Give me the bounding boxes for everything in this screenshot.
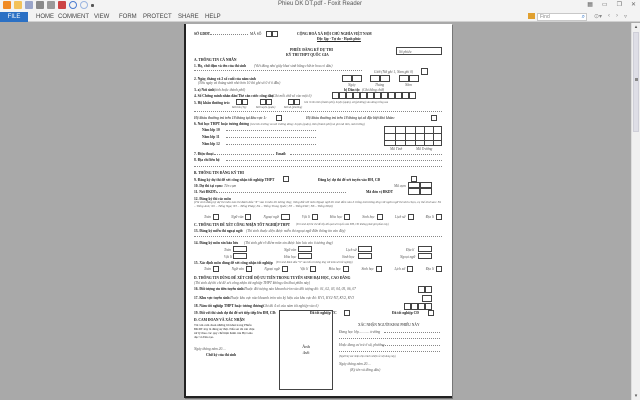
field-16-label: 16. Đối tượng ưu tiên tuyển sinh:	[194, 287, 245, 291]
subject-foreign-language: Ngoại ngữ	[264, 214, 290, 220]
ma-so-label: MÃ SỐ	[250, 32, 261, 36]
id-box[interactable]	[409, 92, 416, 99]
title-bar: Phieu DK DT.pdf - Foxit Reader ▦ ▭ ❐ ✕	[0, 0, 640, 12]
unit-code-box-2[interactable]	[420, 188, 432, 195]
checkbox[interactable]	[281, 214, 290, 220]
form-title: PHIẾU ĐĂNG KÝ DỰ THI	[290, 48, 333, 52]
grade-10-line[interactable]	[226, 130, 316, 131]
id-box[interactable]	[395, 92, 402, 99]
grad-subject-physics: Vật lí	[300, 266, 316, 272]
field-17-label: 17. Khu vực tuyển sinh:	[194, 296, 231, 300]
minimize-icon[interactable]: ▭	[602, 1, 608, 8]
reserve-geography-label: Địa lí	[406, 248, 414, 252]
section-d-note: (Thí sinh dự thi chỉ để xét công nhận tố…	[194, 281, 310, 285]
window-title: Phieu DK DT.pdf - Foxit Reader	[0, 1, 640, 7]
pdf-page: SỞ GDĐT MÃ SỐ CỘNG HOÀ XÃ HỘI CHỦ NGHĨA …	[184, 24, 452, 398]
grad-year-box-4[interactable]	[425, 303, 432, 310]
name-line[interactable]	[194, 70, 362, 71]
so-gddt-line	[210, 34, 248, 35]
field-4-label: 4. Số Chứng minh nhân dân/Thẻ căn cước c…	[194, 94, 273, 98]
id-box[interactable]	[353, 92, 360, 99]
id-box[interactable]	[381, 92, 388, 99]
ribbon-toggle-icon[interactable]: ▦	[587, 1, 593, 8]
confirm-line-1-fill[interactable]	[384, 332, 440, 333]
grad-subject-literature: Ngữ văn	[232, 266, 252, 272]
graduation-checkbox[interactable]	[283, 176, 289, 182]
hk-18-label: Hộ khẩu thường trú trên 18 tháng tại khu…	[194, 116, 267, 120]
id-box[interactable]	[367, 92, 374, 99]
field-17-note: Thuộc khu vực nào khoanh tròn vào ký hiệ…	[230, 296, 354, 300]
month-label: Tháng	[375, 83, 384, 87]
checkbox[interactable]	[213, 266, 219, 272]
reserve-physics-box[interactable]	[233, 253, 247, 259]
ward-box-2[interactable]	[294, 99, 300, 105]
grad-year-box-1[interactable]	[404, 303, 411, 310]
gender-label: Giới (Nữ ghi 1, Nam ghi 0)	[374, 70, 413, 74]
graduation-subjects-row: Toán Ngữ văn Ngoại ngữ Vật lí Hóa học Si…	[204, 266, 442, 272]
checkbox[interactable]	[312, 214, 318, 220]
checkbox[interactable]	[408, 214, 414, 220]
field-18-note: (Ghi đủ 4 số của năm tốt nghiệp vào ô)	[262, 304, 318, 308]
field-5-label: 5. Hộ khẩu thường trú:	[194, 101, 230, 105]
photo-placeholder: Ảnh 4x6	[279, 310, 333, 390]
reserve-biology-box[interactable]	[358, 253, 372, 259]
district-box-2[interactable]	[266, 99, 272, 105]
checkbox[interactable]	[376, 266, 382, 272]
vertical-scrollbar[interactable]: ▴ ▾	[631, 23, 640, 400]
tab-comment[interactable]: COMMENT	[58, 12, 89, 22]
reserve-language-box[interactable]	[418, 253, 432, 259]
field-1-label: 1. Họ, chữ đệm và tên của thí sinh	[194, 64, 246, 68]
day-box-1[interactable]	[342, 75, 352, 82]
year-box-1[interactable]	[399, 75, 409, 82]
field-6-label: 6. Nơi học THPT hoặc tương đương	[194, 122, 249, 126]
field-3a-note: (tỉnh hoặc thành phố)	[214, 88, 245, 92]
confirm-line-1b-fill[interactable]	[339, 338, 440, 339]
nation-header: CỘNG HOÀ XÃ HỘI CHỦ NGHĨA VIỆT NAM	[297, 32, 372, 36]
scroll-thumb[interactable]	[633, 32, 639, 132]
form-subtitle: KỲ THI THPT QUỐC GIA	[286, 53, 329, 57]
subject-history: Lịch sử	[395, 214, 414, 220]
section-c-note: (Thí sinh dự thi chỉ để lấy kết quả xét …	[296, 223, 389, 227]
ward-code-label: Mã xã (phường)	[284, 106, 302, 110]
ma-so-box-2[interactable]	[272, 31, 278, 37]
grad-subject-chemistry: Hóa học	[329, 266, 349, 272]
unit-code-box-1[interactable]	[408, 188, 420, 195]
checkbox[interactable]	[245, 214, 251, 220]
field-3a-label: 3. a) Nơi sinh	[194, 88, 214, 92]
reserve-literature-label: Ngữ văn	[284, 248, 296, 252]
field-14-label: 14. Đăng ký môn xin bảo lưu	[194, 241, 238, 245]
reserve-math-box[interactable]	[233, 246, 247, 252]
tab-view[interactable]: VIEW	[94, 12, 109, 22]
cluster-name-note: Tên cụm	[224, 184, 236, 188]
field-2-note: (Nếu ngày và tháng sinh nhỏ hơn 10 thì g…	[198, 81, 280, 85]
confirm-line-2-fill[interactable]	[382, 345, 440, 346]
province-box-2[interactable]	[242, 99, 248, 105]
reserve-history-label: Lịch sử	[346, 248, 357, 252]
id-box[interactable]	[388, 92, 395, 99]
field-11-label: 11. Nơi ĐKDT:	[194, 190, 217, 194]
tc-checkbox[interactable]	[344, 310, 350, 316]
address-line[interactable]	[194, 111, 442, 112]
window-controls: ▦ ▭ ❐ ✕	[587, 1, 636, 8]
next-icon[interactable]: ›	[616, 13, 618, 20]
subject-literature: Ngữ văn	[231, 214, 251, 220]
section-d-heading: D. THÔNG TIN DÙNG ĐỂ XÉT CHẾ ĐỘ ƯU TIÊN …	[194, 276, 350, 280]
checkbox[interactable]	[344, 214, 350, 220]
reserve-physics-label: Vật lí	[224, 255, 232, 259]
priority-box-1[interactable]	[418, 286, 425, 293]
cluster-code-label: Mã cụm	[394, 184, 406, 188]
email-line[interactable]	[290, 154, 442, 155]
confirm-line-2: Hoặc đang cư trú ở xã, phường	[339, 343, 384, 347]
so-gddt-label: SỞ GDĐT	[194, 32, 210, 36]
grad-subject-biology: Sinh học	[361, 266, 381, 272]
hk-18b-box[interactable]	[431, 115, 437, 121]
tab-form[interactable]: FORM	[119, 12, 137, 22]
section-a-heading: A. THÔNG TIN CÁ NHÂN	[194, 58, 237, 62]
id-box[interactable]	[360, 92, 367, 99]
section-e-heading: Đ. CAM ĐOAN VÀ XÁC NHẬN	[194, 318, 245, 322]
province-code-col: Mã Tỉnh	[390, 147, 402, 151]
search-icon[interactable]: ⌕	[582, 14, 585, 21]
grad-subject-geography: Địa lí	[426, 266, 442, 272]
field-1-note: (Viết đúng như giấy khai sinh bằng chữ i…	[254, 64, 332, 68]
checkbox[interactable]	[407, 266, 413, 272]
reserve-history-box[interactable]	[358, 246, 372, 252]
tab-home[interactable]: HOME	[36, 12, 54, 22]
day-box-2[interactable]	[352, 75, 362, 82]
photo-label: Ảnh 4x6	[280, 344, 332, 356]
field-5-note: Ghi rõ tên tỉnh (thành phố), huyện (quận…	[304, 101, 388, 105]
cd-checkbox[interactable]	[428, 310, 434, 316]
tab-help[interactable]: HELP	[205, 12, 221, 22]
grip-icon	[635, 78, 638, 81]
restore-icon[interactable]: ❐	[617, 1, 622, 8]
find-placeholder: Find	[540, 14, 550, 20]
confirm-signature: (Ký tên và đóng dấu)	[350, 368, 380, 372]
ribbon-right-icons: ⊙▾ ‹ › ▿	[594, 13, 627, 20]
grad-year-box-2[interactable]	[411, 303, 418, 310]
field-8-label: 8. Địa chỉ liên hệ	[194, 158, 219, 162]
so-phieu-label: Số phiếu	[399, 50, 411, 54]
section-c-heading: C. THÔNG TIN ĐỂ XÉT CÔNG NHẬN TỐT NGHIỆP…	[194, 223, 290, 227]
previous-icon[interactable]: ‹	[608, 13, 610, 20]
field-19b-label: Đã tốt nghiệp CĐ	[392, 311, 419, 315]
gender-box[interactable]	[421, 68, 428, 75]
tab-protect[interactable]: PROTECT	[143, 12, 172, 22]
grade-11-line[interactable]	[226, 137, 316, 138]
year-box-2[interactable]	[409, 75, 419, 82]
reserve-biology-label: Sinh học	[342, 255, 354, 259]
grade-10-label: Năm lớp 10	[202, 128, 220, 132]
year-label: Năm	[405, 83, 412, 87]
field-9-label: 9. Đăng ký dự thi để xét công nhận tốt n…	[194, 178, 274, 182]
commitment-text: Tôi xin cam đoan những lời khai trong Ph…	[194, 324, 256, 340]
field-9b-label: Đăng ký dự thi để xét tuyển vào ĐH, CĐ	[318, 178, 380, 182]
field-13-note: (Thí sinh thuộc diện được miễn thi ngoại…	[246, 229, 345, 233]
id-number-boxes	[332, 92, 416, 99]
tab-file[interactable]: FILE	[0, 12, 28, 22]
id-box[interactable]	[346, 92, 353, 99]
id-box[interactable]	[402, 92, 409, 99]
province-code-label: Mã tỉnh (Tp)	[232, 106, 246, 110]
confirm-title: XÁC NHẬN NGƯỜI KHAI PHIẾU NÀY	[358, 323, 420, 327]
find-input[interactable]: Find ⌕	[537, 13, 587, 21]
exam-subjects-row: Toán Ngữ văn Ngoại ngữ Vật lí Hóa học Si…	[204, 214, 442, 220]
registration-place-line[interactable]	[216, 192, 346, 193]
scroll-down-icon[interactable]: ▾	[633, 393, 639, 399]
field-19-label: 19. Đối với thí sinh dự thi để xét tiếp …	[194, 311, 276, 315]
checkbox[interactable]	[436, 214, 442, 220]
field-12-note: (Thí sinh đăng ký dự thi môn nào thì đán…	[194, 201, 442, 209]
contact-address-line[interactable]	[226, 160, 442, 161]
id-box[interactable]	[339, 92, 346, 99]
district-code-label: Mã huyện (quận)	[256, 106, 275, 110]
email-label: Email:	[276, 152, 286, 156]
school-code-col: Mã Trường	[416, 147, 432, 151]
motto: Độc lập - Tự do - Hạnh phúc	[317, 37, 361, 41]
tab-share[interactable]: SHARE	[178, 12, 199, 22]
checkbox[interactable]	[282, 266, 288, 272]
confirm-date: Ngày tháng năm 20....	[339, 362, 371, 366]
student-signature-label: Chữ ký của thí sinh	[206, 353, 236, 357]
checkbox[interactable]	[343, 266, 349, 272]
subject-geography: Địa lí	[426, 214, 442, 220]
grade-12-label: Năm lớp 12	[202, 142, 220, 146]
exemption-line[interactable]	[194, 236, 442, 237]
hk-18-box[interactable]	[276, 115, 282, 121]
month-box-1[interactable]	[370, 75, 380, 82]
close-icon[interactable]: ✕	[631, 1, 636, 8]
field-7-label: 7. Điện thoại	[194, 152, 213, 156]
scroll-up-icon[interactable]: ▴	[633, 24, 639, 30]
collapse-ribbon-icon[interactable]: ▿	[624, 13, 627, 20]
reserve-geography-box[interactable]	[418, 246, 432, 252]
field-15-label: 15. Xác định môn dùng để xét công nhận t…	[194, 261, 273, 265]
contact-address-line-2[interactable]	[194, 166, 442, 167]
field-16-note: Thuộc đối tượng nào khoanh tròn vào đối …	[244, 287, 356, 291]
field-18-label: 18. Năm tốt nghiệp THPT hoặc tương đương…	[194, 304, 264, 308]
find-folder-icon[interactable]	[528, 13, 535, 19]
so-phieu-box[interactable]: Số phiếu	[396, 47, 442, 55]
checkbox[interactable]	[213, 214, 219, 220]
school-code-grid[interactable]	[384, 126, 442, 146]
field-13-label: 13. Đăng ký miễn thi ngoại ngữ:	[194, 229, 243, 233]
priority-box-2[interactable]	[425, 286, 432, 293]
checkbox[interactable]	[246, 266, 252, 272]
confirm-line-1: Đang học lớp............ trường	[339, 330, 380, 334]
subject-physics: Vật lí	[302, 214, 318, 220]
reserve-literature-box[interactable]	[298, 246, 312, 252]
grad-subject-language: Ngoại ngữ	[264, 266, 287, 272]
checkbox[interactable]	[436, 266, 442, 272]
grade-12-line[interactable]	[226, 144, 316, 145]
confirm-line-2b-fill[interactable]	[339, 351, 440, 352]
field-10-label: 10. Dự thi tại cụm:	[194, 184, 223, 188]
id-box[interactable]	[374, 92, 381, 99]
grade-11-label: Năm lớp 11	[202, 135, 220, 139]
reserve-language-label: Ngoại ngữ	[400, 255, 415, 259]
field-14-note: (Thí sinh ghi rõ điểm môn xin được bảo l…	[244, 241, 333, 245]
hk-18b-label: Hộ khẩu thường trú trên 18 tháng tại xã …	[306, 116, 395, 120]
section-b-heading: B. THÔNG TIN ĐĂNG KÝ THI	[194, 171, 244, 175]
unit-code-label: Mã đơn vị ĐKDT	[366, 190, 393, 194]
reserve-chemistry-label: Hóa học	[284, 255, 296, 259]
day-label: Ngày	[348, 83, 356, 87]
region-box[interactable]	[422, 295, 432, 302]
field-15-note: (Thí sinh đánh dấu "X" vào bốn ô tương ứ…	[276, 261, 353, 265]
commitment-date: Ngày tháng năm 20....	[194, 347, 226, 351]
reserve-math-label: Toán	[224, 248, 231, 252]
grad-year-box-3[interactable]	[418, 303, 425, 310]
subject-chemistry: Hóa học	[330, 214, 350, 220]
checkbox[interactable]	[310, 266, 316, 272]
phone-line[interactable]	[214, 154, 274, 155]
subject-biology: Sinh học	[362, 214, 382, 220]
confirm-note: (Người ký xác nhận chịu trách nhiệm về n…	[339, 355, 396, 359]
grad-subject-history: Lịch sử	[395, 266, 414, 272]
settings-icon[interactable]: ⊙▾	[594, 13, 602, 20]
subject-math: Toán	[204, 214, 219, 220]
reserve-chemistry-box[interactable]	[298, 253, 312, 259]
id-box[interactable]	[332, 92, 339, 99]
ribbon-tabs: FILE HOME COMMENT VIEW FORM PROTECT SHAR…	[0, 12, 640, 22]
grad-subject-math: Toán	[204, 266, 219, 272]
field-6-note: (Ghi tên trường và nơi trường đóng: huyệ…	[250, 122, 365, 126]
month-box-2[interactable]	[380, 75, 390, 82]
checkbox[interactable]	[377, 214, 383, 220]
field-4-note: (Ghi mỗi chữ số vào một ô)	[272, 94, 312, 98]
